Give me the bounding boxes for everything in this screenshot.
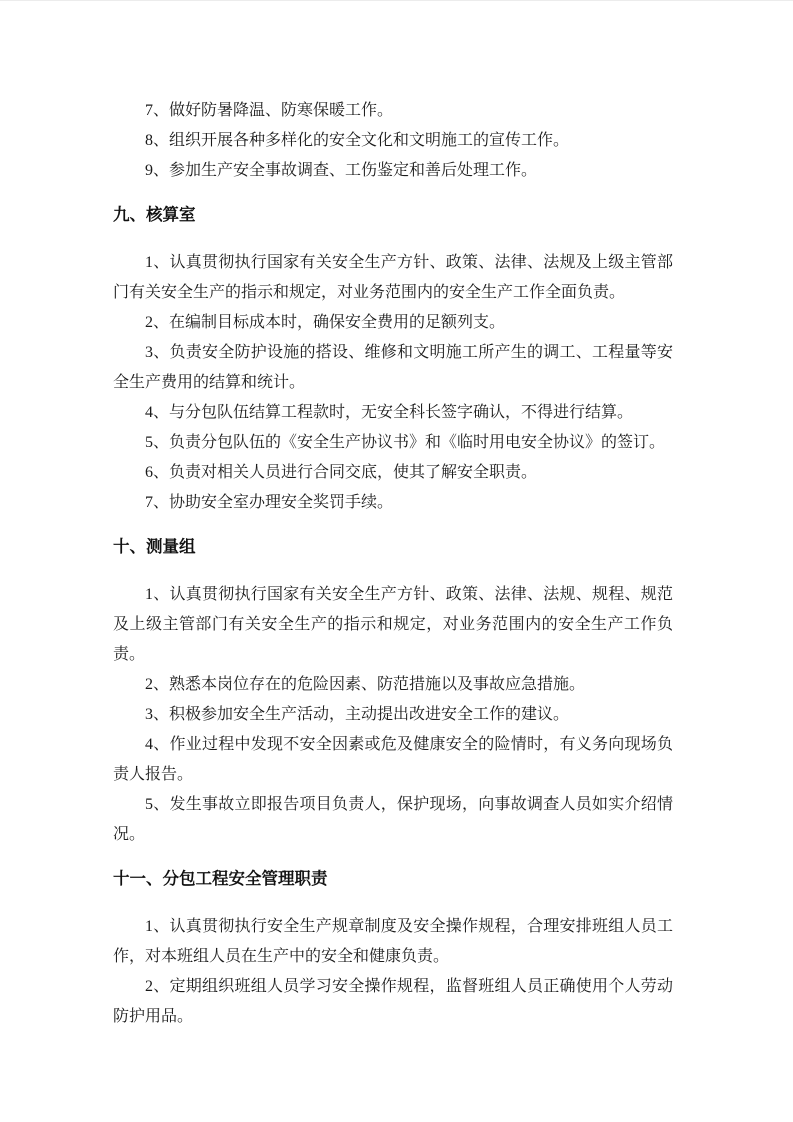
document-paragraph: 4、与分包队伍结算工程款时，无安全科长签字确认，不得进行结算。 (113, 398, 673, 428)
document-paragraph: 3、负责安全防护设施的搭设、维修和文明施工所产生的调工、工程量等安全生产费用的结… (113, 338, 673, 398)
document-paragraph: 2、定期组织班组人员学习安全操作规程，监督班组人员正确使用个人劳动防护用品。 (113, 972, 673, 1032)
document-paragraph: 3、积极参加安全生产活动，主动提出改进安全工作的建议。 (113, 700, 673, 730)
document-paragraph: 7、协助安全室办理安全奖罚手续。 (113, 488, 673, 518)
document-paragraph: 2、在编制目标成本时，确保安全费用的足额列支。 (113, 308, 673, 338)
document-paragraph: 5、发生事故立即报告项目负责人，保护现场，向事故调查人员如实介绍情况。 (113, 790, 673, 850)
document-paragraph: 7、做好防暑降温、防寒保暖工作。 (113, 96, 673, 126)
section-heading: 十一、分包工程安全管理职责 (113, 864, 673, 894)
document-paragraph: 1、认真贯彻执行国家有关安全生产方针、政策、法律、法规及上级主管部门有关安全生产… (113, 248, 673, 308)
document-paragraph: 4、作业过程中发现不安全因素或危及健康安全的险情时，有义务向现场负责人报告。 (113, 730, 673, 790)
section-heading: 九、核算室 (113, 200, 673, 230)
document-paragraph: 8、组织开展各种多样化的安全文化和文明施工的宣传工作。 (113, 126, 673, 156)
document-paragraph: 5、负责分包队伍的《安全生产协议书》和《临时用电安全协议》的签订。 (113, 428, 673, 458)
document-page: 7、做好防暑降温、防寒保暖工作。8、组织开展各种多样化的安全文化和文明施工的宣传… (0, 0, 793, 1122)
document-body: 7、做好防暑降温、防寒保暖工作。8、组织开展各种多样化的安全文化和文明施工的宣传… (113, 96, 673, 1032)
section-heading: 十、测量组 (113, 532, 673, 562)
document-paragraph: 1、认真贯彻执行安全生产规章制度及安全操作规程，合理安排班组人员工作，对本班组人… (113, 912, 673, 972)
document-paragraph: 9、参加生产安全事故调查、工伤鉴定和善后处理工作。 (113, 156, 673, 186)
document-paragraph: 2、熟悉本岗位存在的危险因素、防范措施以及事故应急措施。 (113, 670, 673, 700)
document-paragraph: 6、负责对相关人员进行合同交底，使其了解安全职责。 (113, 458, 673, 488)
document-paragraph: 1、认真贯彻执行国家有关安全生产方针、政策、法律、法规、规程、规范及上级主管部门… (113, 580, 673, 670)
